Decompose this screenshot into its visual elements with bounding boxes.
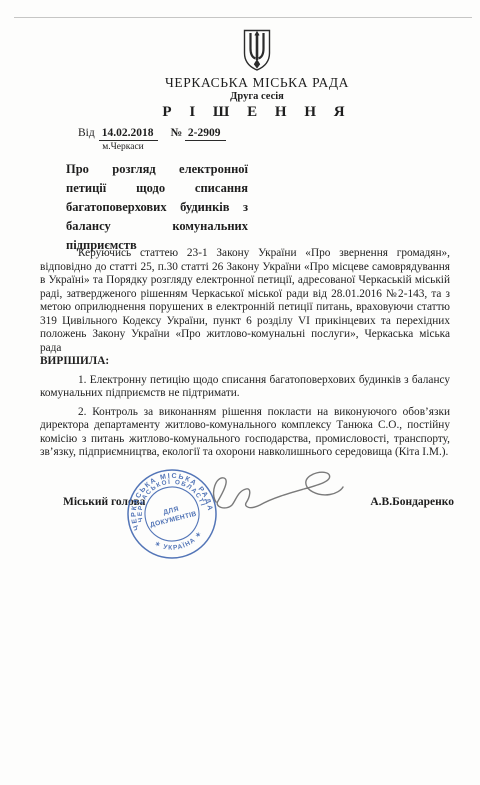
resolution-item-2: 2. Контроль за виконанням рішення поклас… [40,406,450,460]
resolution-item-1: 1. Електронну петицію щодо списання бага… [40,374,450,401]
org-name: ЧЕРКАСЬКА МІСЬКА РАДА [34,75,480,90]
ukraine-trident-icon [242,28,272,72]
date-value: 14.02.2018 [99,127,159,141]
scanned-document-page: ЧЕРКАСЬКА МІСЬКА РАДА Друга сесія Р І Ш … [0,0,480,785]
session-label: Друга сесія [34,90,480,103]
date-label: Від [78,127,95,139]
date-number-line: Від14.02.2018№ 2-2909 [78,127,226,139]
city-label: м.Черкаси [84,142,162,152]
document-title: Про розгляд електронної петиції щодо спи… [66,160,248,255]
document-body: Керуючись статтею 23-1 Закону України «П… [40,247,450,460]
number-label: № [170,127,182,139]
svg-text:✶ УКРАЇНА ✶: ✶ УКРАЇНА ✶ [152,528,206,557]
intro-paragraph: Керуючись статтею 23-1 Закону України «П… [40,247,450,355]
number-value: 2-2909 [185,127,226,141]
scan-artifact-line [14,17,472,18]
doc-type-title: Р І Ш Е Н Н Я [34,103,480,122]
stamp-ring-bottom-text: ✶ УКРАЇНА ✶ [152,528,206,557]
signer-name: А.В.Бондаренко [370,496,454,508]
resolved-word: ВИРІШИЛА: [40,355,450,369]
document-header: ЧЕРКАСЬКА МІСЬКА РАДА Друга сесія Р І Ш … [0,28,480,122]
handwritten-signature [200,466,350,522]
